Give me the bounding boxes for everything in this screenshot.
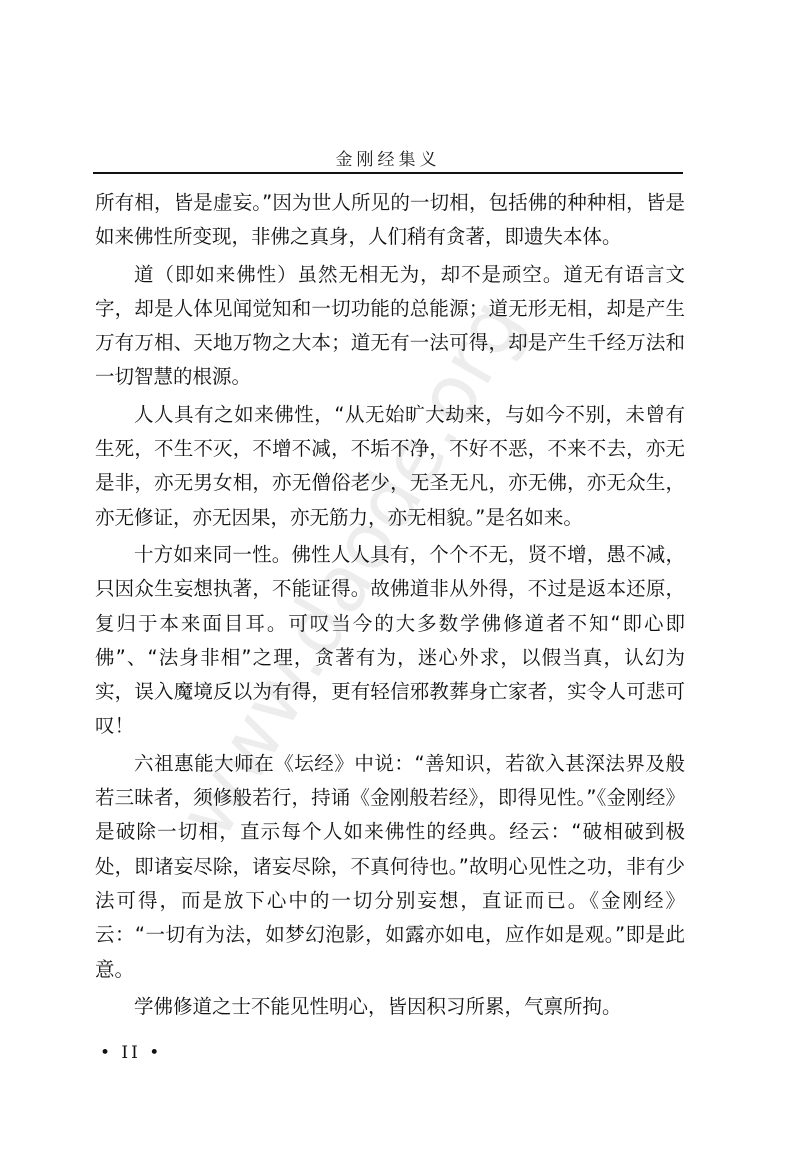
body-text: 所有相，皆是虚妄。”因为世人所见的一切相，包括佛的种种相，皆是如来佛性所变现，非…	[95, 186, 685, 1027]
page-number: • II •	[100, 1043, 162, 1063]
paragraph: 学佛修道之士不能见性明心，皆因积习所累，气禀所拘。	[95, 990, 685, 1024]
paragraph: 道（即如来佛性）虽然无相无为，却不是顽空。道无有语言文字，却是人体见闻觉知和一切…	[95, 258, 685, 395]
paragraph: 所有相，皆是虚妄。”因为世人所见的一切相，包括佛的种种相，皆是如来佛性所变现，非…	[95, 186, 685, 255]
paragraph: 六祖惠能大师在《坛经》中说：“善知识，若欲入甚深法界及般若三昧者，须修般若行，持…	[95, 747, 685, 987]
paragraph: 人人具有之如来佛性，“从无始旷大劫来，与如今不别，未曾有生死，不生不灭，不增不减…	[95, 398, 685, 535]
running-head-title: 金刚经集义	[93, 145, 683, 170]
paragraph: 十方如来同一性。佛性人人具有，个个不无，贤不增，愚不减，只因众生妄想执著，不能证…	[95, 538, 685, 744]
header-rule	[93, 172, 683, 174]
